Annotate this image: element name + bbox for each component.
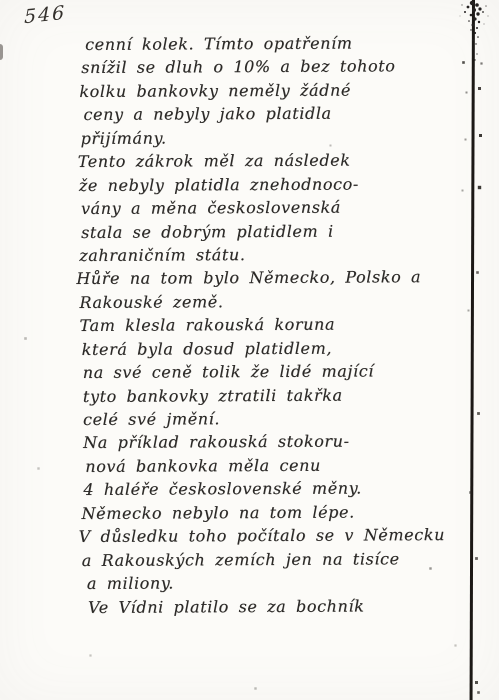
manuscript-line: vány a měna československá [81,195,483,221]
manuscript-line: 4 haléře československé měny. [83,476,484,502]
manuscript-line: a miliony. [87,570,485,596]
manuscript-line: Hůře na tom bylo Německo, Polsko a [76,265,483,291]
manuscript-line: stala se dobrým platidlem i [81,218,483,244]
manuscript-text: cenní kolek. Tímto opatřením snížil se d… [72,31,485,619]
manuscript-line: ceny a nebyly jako platidla [83,101,482,127]
manuscript-line: Tento zákrok měl za následek [78,148,483,174]
manuscript-line: na své ceně tolik že lidé mající [83,359,484,385]
manuscript-line: přijímány. [80,125,482,151]
manuscript-line: V důsledku toho počítalo se v Německu [79,523,485,549]
scan-noise-blob-graphic [450,0,496,66]
manuscript-line: Německo nebylo na tom lépe. [81,500,484,526]
manuscript-line: nová bankovka měla cenu [85,453,484,479]
manuscript-line: Ve Vídni platilo se za bochník [88,593,485,619]
manuscript-line: tyto bankovky ztratili takřka [83,382,484,408]
scan-noise-blob [450,0,496,66]
manuscript-line: kolku bankovky neměly žádné [79,78,482,104]
manuscript-line: Na příklad rakouská stokoru- [83,429,484,455]
manuscript-line: zahraničním státu. [79,242,483,268]
scan-speckles [0,0,1,1]
scanned-manuscript-page: 546 cenní kolek. Tímto opatřením snížil … [0,0,499,700]
manuscript-line: Tam klesla rakouská koruna [79,312,483,338]
manuscript-line: cenní kolek. Tímto opatřením [85,31,482,57]
manuscript-line: která byla dosud platidlem, [82,336,484,362]
left-edge-smudge [0,44,3,60]
manuscript-line: snížil se dluh o 10% a bez tohoto [81,54,482,80]
manuscript-line: že nebyly platidla znehodnoco- [79,171,483,197]
manuscript-line: Rakouské země. [79,289,483,315]
page-number: 546 [24,2,66,29]
manuscript-line: a Rakouských zemích jen na tisíce [82,546,485,572]
manuscript-line: celé své jmění. [83,406,484,432]
